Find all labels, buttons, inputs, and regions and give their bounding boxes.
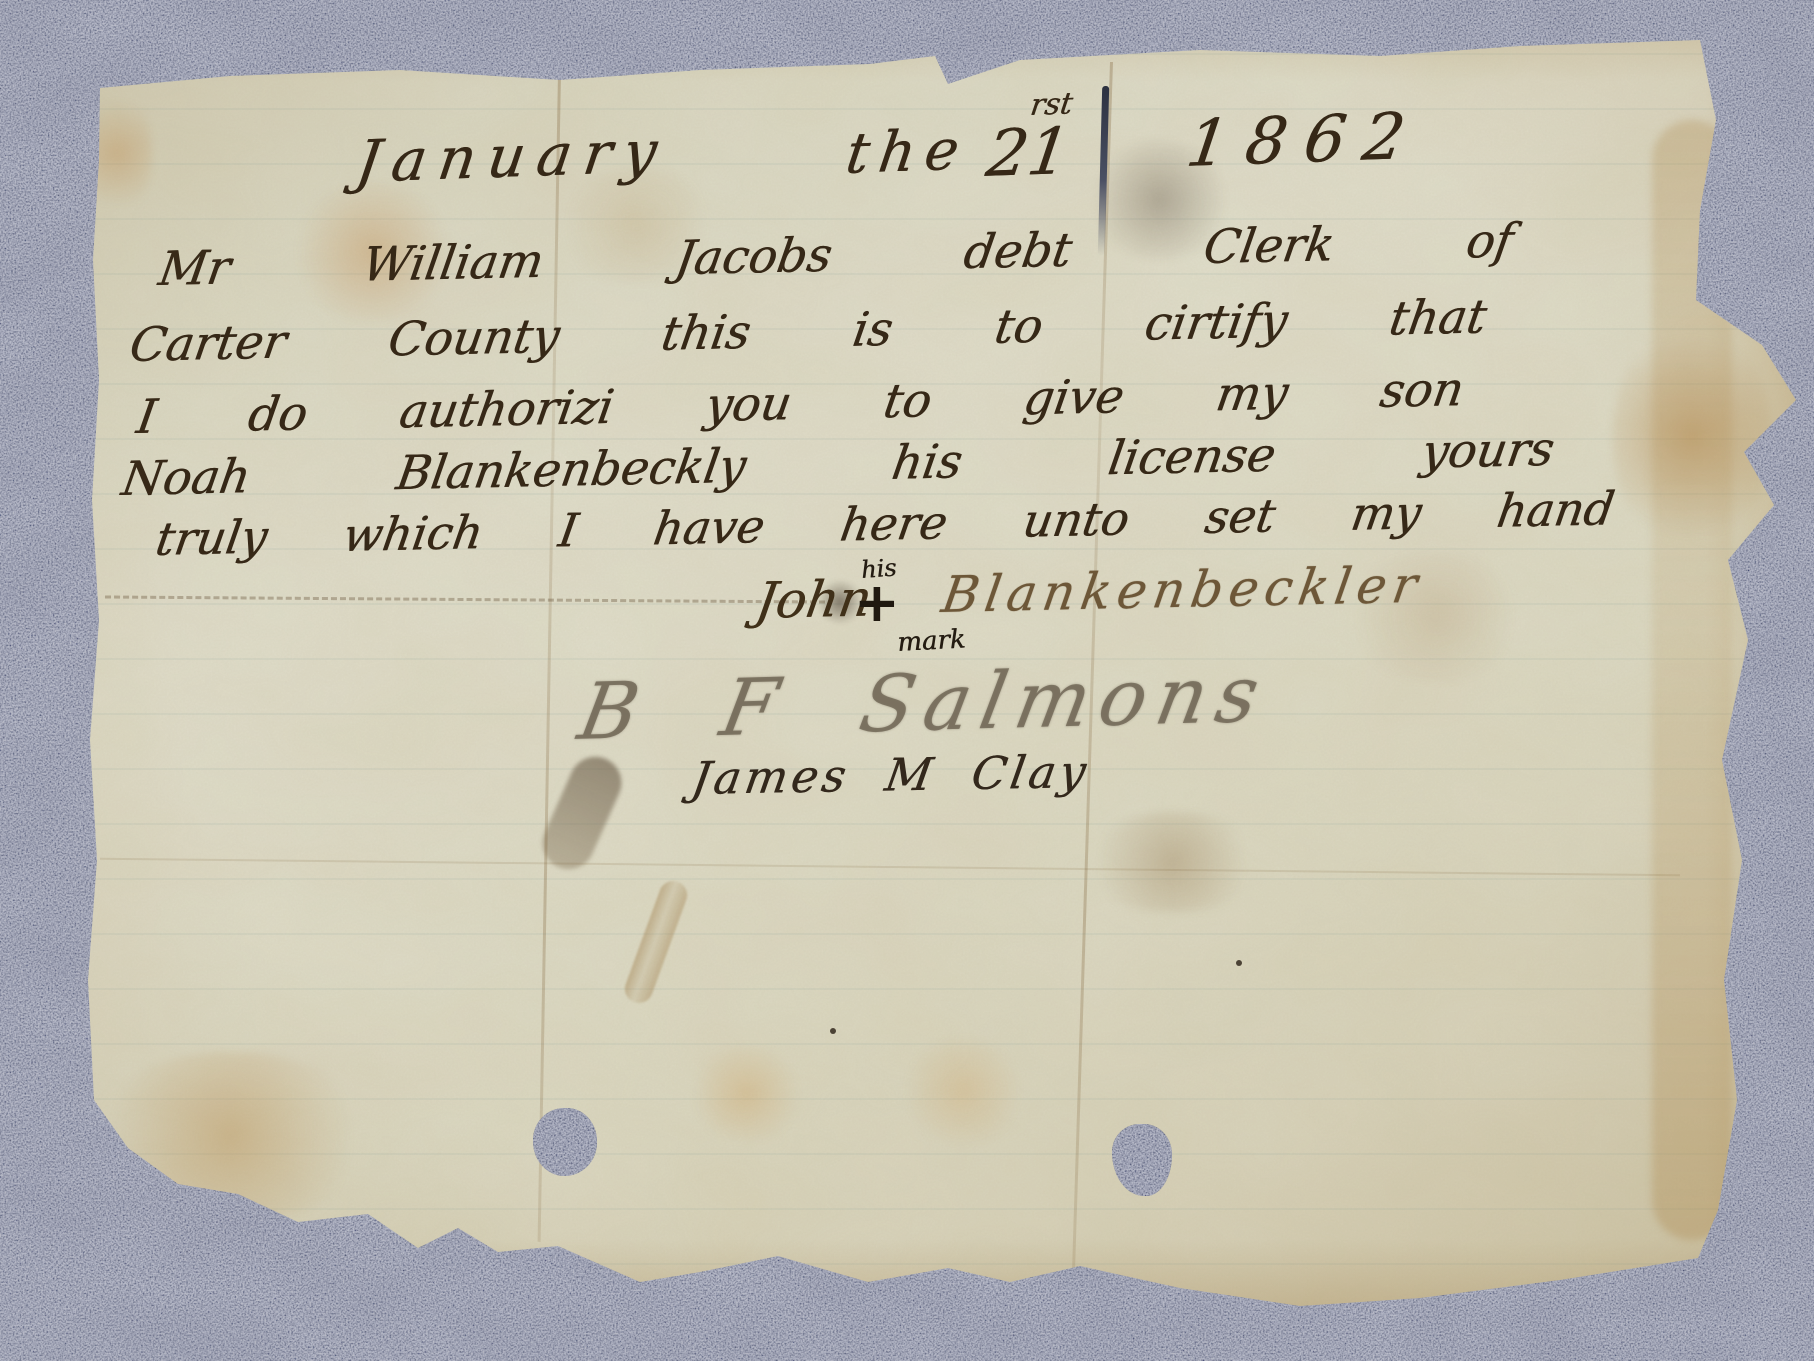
punch-hole-left — [533, 1108, 597, 1176]
hole-fabric-texture — [533, 1108, 597, 1176]
hole-fabric-texture — [1112, 1124, 1172, 1196]
photo-scene: January the 21 rst 1862 Mr William Jacob… — [0, 0, 1814, 1361]
punch-hole-right — [1112, 1124, 1172, 1196]
document-paper: January the 21 rst 1862 Mr William Jacob… — [0, 0, 1814, 1361]
edge-vignette — [0, 0, 1814, 1361]
